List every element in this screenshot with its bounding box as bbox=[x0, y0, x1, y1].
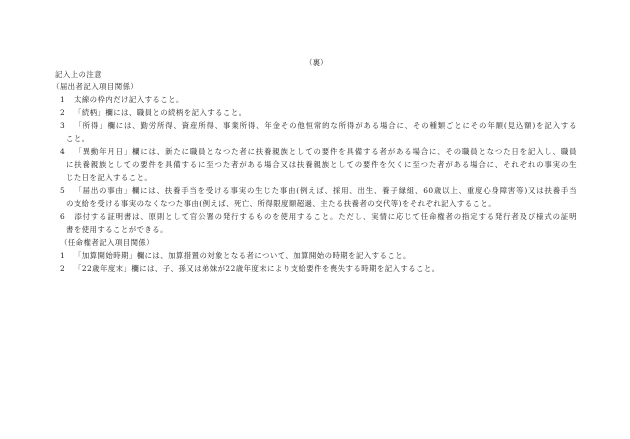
item-number: 2 bbox=[60, 264, 74, 274]
item-text: 「届出の事由」欄には、扶養手当を受ける事実の生じた事由(例えば、採用、出生、養子… bbox=[74, 186, 577, 195]
note-item-6: 6添付する証明書は、原則として官公署の発行するものを使用すること。ただし、実情に… bbox=[60, 212, 577, 222]
item-number: 2 bbox=[60, 108, 74, 118]
item-text: 「22歳年度末」欄には、子、孫又は弟妹が22歳年度末により支給要件を喪失する時期… bbox=[74, 264, 440, 273]
item-text: 添付する証明書は、原則として官公署の発行するものを使用すること。ただし、実情に応… bbox=[74, 212, 577, 221]
item-number: 4 bbox=[60, 147, 74, 157]
item-number: 5 bbox=[60, 186, 74, 196]
item-number: 1 bbox=[60, 95, 74, 105]
section-heading-appointer: （任命権者記入項目関係） bbox=[60, 238, 154, 248]
note-item-6-continuation: 書を使用することができる。 bbox=[66, 225, 577, 235]
appointer-note-item-1: 1「加算開始時期」欄には、加算措置の対象となる者について、加算開始の時期を記入す… bbox=[60, 251, 577, 261]
notes-title: 記入上の注意 bbox=[55, 70, 102, 80]
item-text: 「異動年月日」欄には、新たに職員となつた者に扶養親族としての要件を具備する者があ… bbox=[74, 147, 577, 156]
item-text: 「所得」欄には、勤労所得、資産所得、事業所得、年金その他恒常的な所得がある場合に… bbox=[74, 121, 577, 130]
section-heading-applicant: （届出者記入項目関係） bbox=[52, 82, 138, 92]
note-item-4: 4「異動年月日」欄には、新たに職員となつた者に扶養親族としての要件を具備する者が… bbox=[60, 147, 577, 157]
note-item-5-continuation: の支給を受ける事実のなくなつた事由(例えば、死亡、所得限度額超過、主たる扶養者の… bbox=[66, 199, 577, 209]
item-number: 1 bbox=[60, 251, 74, 261]
item-number: 3 bbox=[60, 121, 74, 131]
note-item-5: 5「届出の事由」欄には、扶養手当を受ける事実の生じた事由(例えば、採用、出生、養… bbox=[60, 186, 577, 196]
appointer-note-item-2: 2「22歳年度末」欄には、子、孫又は弟妹が22歳年度末により支給要件を喪失する時… bbox=[60, 264, 577, 274]
note-item-1: 1太線の枠内だけ記入すること。 bbox=[60, 95, 577, 105]
item-text: 太線の枠内だけ記入すること。 bbox=[74, 95, 184, 104]
note-item-3: 3「所得」欄には、勤労所得、資産所得、事業所得、年金その他恒常的な所得がある場合… bbox=[60, 121, 577, 131]
item-text: 「加算開始時期」欄には、加算措置の対象となる者について、加算開始の時期を記入する… bbox=[74, 251, 411, 260]
back-side-label: （裏） bbox=[305, 57, 328, 68]
item-number: 6 bbox=[60, 212, 74, 222]
note-item-4-continuation-1: に扶養親族としての要件を具備するに至つた者がある場合又は扶養親族としての要件を欠… bbox=[66, 160, 577, 170]
note-item-2: 2「続柄」欄には、職員との続柄を記入すること。 bbox=[60, 108, 577, 118]
document-page: （裏） 記入上の注意 （届出者記入項目関係） 1太線の枠内だけ記入すること。 2… bbox=[0, 0, 630, 439]
note-item-4-continuation-2: じた日を記入すること。 bbox=[66, 173, 577, 183]
note-item-3-continuation: こと。 bbox=[66, 134, 577, 144]
item-text: 「続柄」欄には、職員との続柄を記入すること。 bbox=[74, 108, 247, 117]
